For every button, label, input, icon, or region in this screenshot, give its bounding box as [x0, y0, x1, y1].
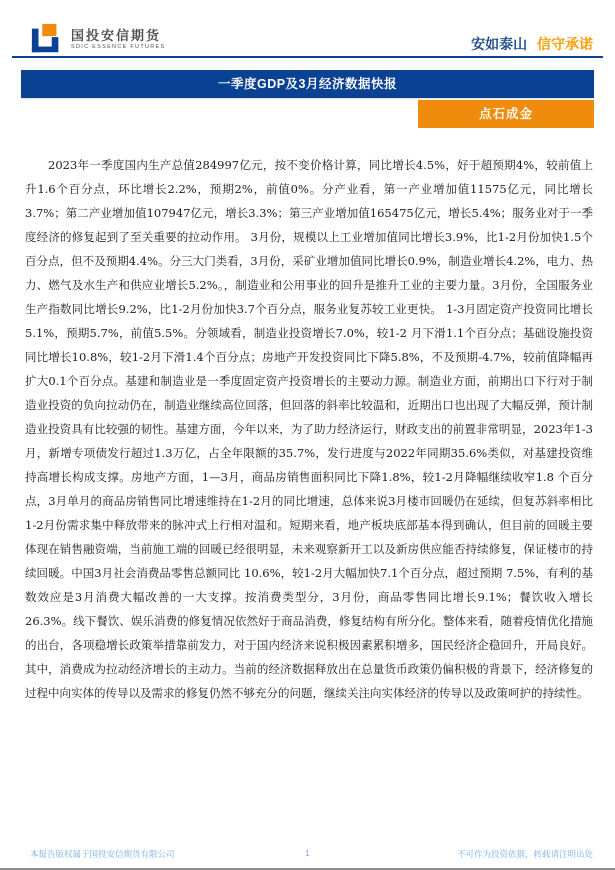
company-logo-icon	[30, 22, 64, 56]
report-body: 2023年一季度国内生产总值284997亿元，按不变价格计算，同比增长4.5%，…	[25, 153, 593, 705]
report-paragraph: 2023年一季度国内生产总值284997亿元，按不变价格计算，同比增长4.5%，…	[25, 153, 593, 705]
company-subtitle: SDIC ESSENCE FUTURES	[71, 43, 165, 51]
report-page: 国投安信期货 SDIC ESSENCE FUTURES 安如泰山 信守承诺 一季…	[0, 0, 615, 870]
slogan-right: 信守承诺	[537, 36, 593, 52]
header: 国投安信期货 SDIC ESSENCE FUTURES	[30, 22, 165, 56]
report-title-banner: 一季度GDP及3月经济数据快报	[21, 70, 594, 98]
logo-text: 国投安信期货 SDIC ESSENCE FUTURES	[71, 28, 165, 51]
header-slogan: 安如泰山 信守承诺	[471, 34, 593, 54]
column-ribbon: 点石成金	[418, 100, 594, 128]
header-divider	[12, 56, 603, 58]
footer-disclaimer: 不可作为投资依据，转载请注明出处	[457, 848, 593, 860]
slogan-left: 安如泰山	[471, 36, 527, 52]
company-name: 国投安信期货	[71, 28, 165, 43]
footer: 本报告版权属于国投安信期货有限公司 1 不可作为投资依据，转载请注明出处	[0, 846, 615, 862]
